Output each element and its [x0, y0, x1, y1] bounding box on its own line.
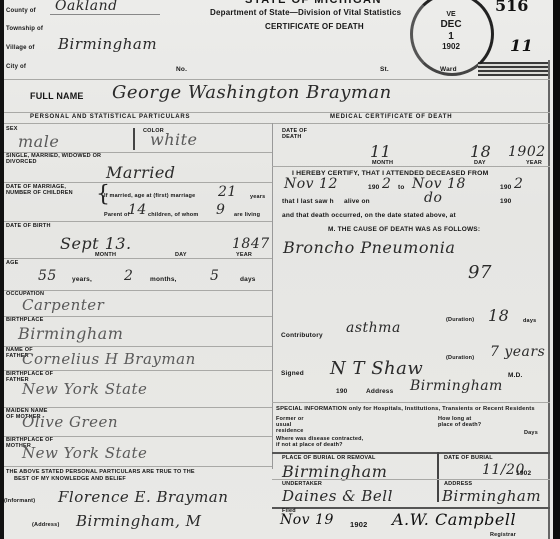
informant-label: (Informant) [4, 498, 35, 504]
death-certificate-page: STATE OF MICHIGAN Department of State—Di… [0, 0, 560, 539]
attended-to-label: to [398, 184, 405, 191]
center-divider [272, 123, 273, 469]
age-days-label: days [240, 276, 256, 283]
how-long-label: How long at place of death? [438, 416, 486, 428]
stamp-month: DEC [431, 20, 471, 30]
attest-line-1: THE ABOVE STATED PERSONAL PARTICULARS AR… [6, 469, 195, 475]
birth-label: DATE OF BIRTH [6, 223, 51, 229]
department-title: Department of State—Division of Vital St… [210, 8, 401, 17]
full-name-label: FULL NAME [30, 91, 84, 101]
rule-signed [272, 402, 550, 403]
age-days-value: 5 [210, 268, 219, 284]
registrar-signature: A.W. Campbell [392, 510, 516, 529]
birth-month-day: Sept 13. [60, 234, 132, 253]
personal-section-title: PERSONAL AND STATISTICAL PARTICULARS [30, 114, 190, 120]
rule-age [4, 290, 272, 291]
where-contracted-label: Where was disease contracted, if not at … [276, 436, 366, 448]
children-count: 14 [128, 202, 147, 218]
rule-occupation [4, 316, 272, 317]
married-years-suffix: years [250, 194, 265, 200]
informant-address-value: Birmingham, M [76, 512, 202, 530]
medical-section-title: MEDICAL CERTIFICATE OF DEATH [330, 114, 452, 120]
mother-name-value: Olive Green [22, 413, 118, 431]
alive-on-label: alive on [344, 198, 370, 205]
registrar-label: Registrar [490, 532, 516, 538]
informant-value: Florence E. Brayman [58, 488, 228, 506]
rule-special [272, 452, 550, 454]
sign-address-value: Birmingham [410, 378, 503, 394]
children-prefix: Parent of [104, 212, 130, 218]
former-residence-label: Former or usual residence [276, 416, 320, 434]
filed-date-value: Nov 19 [280, 512, 334, 528]
stamp-smudge [478, 62, 548, 76]
rule-marriage [4, 221, 272, 222]
rule-death-date [272, 166, 550, 167]
village-label: Village of [6, 45, 35, 51]
rule-name [4, 112, 550, 113]
certificate-number: 516 [495, 0, 528, 15]
full-name-value: George Washington Brayman [112, 82, 392, 103]
father-birthplace-value: New York State [22, 380, 147, 398]
death-day-value: 18 [470, 142, 491, 161]
age-months-value: 2 [124, 268, 133, 284]
rule-sections [4, 123, 550, 124]
children-suffix: are living [234, 212, 260, 218]
sex-color-divider [133, 128, 135, 150]
color-value: white [150, 130, 198, 149]
attest-line-2: BEST OF MY KNOWLEDGE AND BELIEF [14, 476, 126, 482]
county-underline [50, 14, 160, 15]
children-living-count: 9 [216, 202, 225, 218]
last-saw-text: that I last saw h [282, 198, 334, 205]
age-years-value: 55 [38, 268, 57, 284]
undertaker-address-value: Birmingham [442, 487, 541, 505]
undertaker-value: Daines & Bell [282, 487, 393, 505]
sign-year-prefix: 190 [336, 388, 347, 395]
alive-on-year-prefix: 190 [500, 198, 511, 205]
form-right-border [548, 60, 550, 539]
stamp-year: 1902 [431, 42, 471, 52]
occurred-text: and that death occurred, on the date sta… [282, 212, 456, 219]
contributory-value: asthma [346, 320, 401, 336]
stamp-day: 1 [431, 32, 471, 42]
attended-from-year: 2 [382, 176, 391, 192]
father-name-value: Cornelius H Brayman [22, 350, 196, 368]
date-of-death-label: DATE OF DEATH [282, 128, 312, 140]
md-label: M.D. [508, 372, 523, 379]
village-value: Birmingham [58, 35, 157, 53]
burial-place-label: PLACE OF BURIAL OR REMOVAL [282, 455, 376, 461]
death-year-value: 1902 [508, 144, 546, 160]
birthplace-label: BIRTHPLACE [6, 317, 43, 323]
burial-divider [437, 452, 439, 502]
duration-value: 18 [488, 306, 509, 325]
rule-undertaker [272, 507, 550, 509]
county-label: County of [6, 8, 36, 14]
marital-value: Married [106, 163, 176, 182]
cause-number: 97 [468, 262, 492, 283]
sex-value: male [18, 132, 59, 151]
marriage-label: DATE OF MARRIAGE, NUMBER OF CHILDREN [6, 184, 86, 196]
alive-on-value: do [424, 190, 442, 206]
st-label: St. [380, 67, 389, 73]
burial-date-year: 1902 [516, 470, 531, 477]
married-years-value: 21 [218, 184, 237, 200]
birthplace-value: Birmingham [18, 324, 123, 343]
children-mid: children, of whom [148, 212, 198, 218]
rule-marital [4, 182, 272, 183]
signed-value: N T Shaw [330, 358, 423, 379]
burial-date-label: DATE OF BURIAL [444, 455, 493, 461]
sex-label: SEX [6, 126, 18, 132]
township-label: Township of [6, 26, 43, 32]
rule-mother-birthplace [4, 466, 272, 467]
city-label: City of [6, 64, 26, 70]
special-title: SPECIAL INFORMATION only for Hospitals, … [276, 406, 535, 412]
age-years-label: years, [72, 276, 92, 283]
rule-burial-place [272, 479, 550, 480]
state-title: STATE OF MICHIGAN [245, 0, 382, 6]
contributory-duration-value: 7 years [490, 344, 545, 360]
death-month-value: 11 [370, 142, 391, 161]
rule-birth [4, 258, 272, 259]
married-years-prefix: If married, age at (first) marriage [104, 193, 195, 199]
attended-from-year-prefix: 190 [368, 184, 379, 191]
birth-year: 1847 [232, 236, 270, 252]
contributory-label: Contributory [281, 332, 323, 339]
filed-year: 1902 [350, 520, 368, 529]
cause-value: Broncho Pneumonia [283, 238, 455, 257]
occupation-value: Carpenter [22, 296, 104, 314]
cause-text: M. The CAUSE OF DEATH was as follows: [328, 226, 480, 233]
rule-header [4, 79, 550, 80]
certificate-title: CERTIFICATE OF DEATH [265, 22, 364, 31]
age-label: AGE [6, 260, 19, 266]
informant-address-label: (Address) [32, 522, 59, 528]
attended-from-value: Nov 12 [284, 176, 338, 192]
marital-label: SINGLE, MARRIED, WIDOWED OR DIVORCED [6, 153, 106, 165]
age-months-label: months, [150, 276, 177, 283]
special-days-label: Days [524, 430, 538, 436]
register-number: 11 [510, 36, 533, 55]
contributory-duration-label: (Duration) [446, 355, 474, 361]
duration-unit: days [523, 318, 536, 324]
duration-label: (Duration) [446, 317, 474, 323]
attended-to-year: 2 [514, 176, 523, 192]
scan-right-edge [553, 0, 560, 539]
sign-address-label: Address [366, 388, 393, 395]
mother-birthplace-value: New York State [22, 444, 147, 462]
scan-left-edge [0, 0, 4, 539]
attended-to-year-prefix: 190 [500, 184, 511, 191]
signed-label: Signed [281, 370, 304, 377]
county-value: Oakland [55, 0, 118, 14]
no-label: No. [176, 67, 187, 73]
